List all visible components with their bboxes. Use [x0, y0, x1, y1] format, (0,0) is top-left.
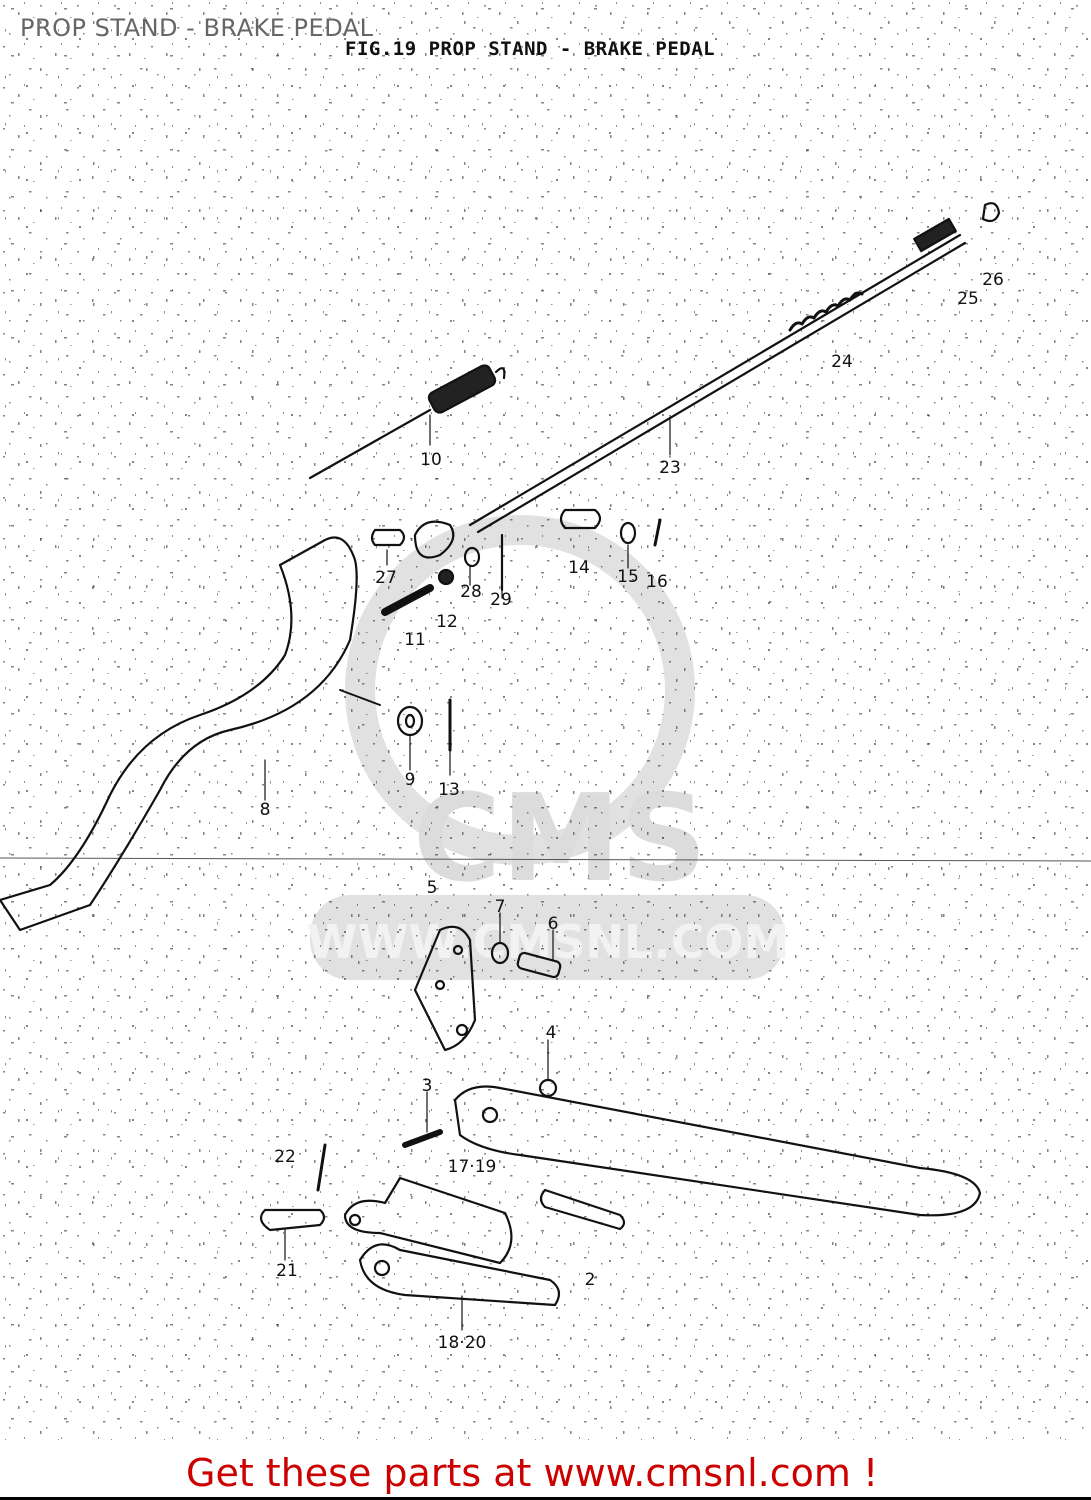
- callout-9: 9: [405, 770, 416, 790]
- figure-title: FIG.19 PROP STAND - BRAKE PEDAL: [345, 38, 715, 60]
- callout-6: 6: [548, 914, 559, 934]
- callout-13: 13: [438, 780, 460, 800]
- part-12-nut: [439, 570, 453, 584]
- callout-26: 26: [982, 270, 1004, 290]
- callout-14: 14: [568, 558, 590, 578]
- parts-diagram: CMS WWW.CMSNL.COM: [0, 0, 1091, 1500]
- callout-16: 16: [646, 572, 668, 592]
- callout-10: 10: [420, 450, 442, 470]
- callout-17-19: 17·19: [448, 1157, 497, 1177]
- callout-24: 24: [831, 352, 853, 372]
- callout-21: 21: [276, 1261, 298, 1281]
- callout-23: 23: [659, 458, 681, 478]
- callout-27: 27: [375, 568, 397, 588]
- page-title: PROP STAND - BRAKE PEDAL: [20, 14, 374, 42]
- callout-28: 28: [460, 582, 482, 602]
- callout-4: 4: [546, 1023, 557, 1043]
- callout-15: 15: [617, 567, 639, 587]
- callout-8: 8: [260, 800, 271, 820]
- get-parts-link[interactable]: Get these parts at www.cmsnl.com !: [186, 1451, 878, 1495]
- callout-11: 11: [404, 630, 426, 650]
- diagram-drawing: CMS WWW.CMSNL.COM: [0, 0, 1091, 1500]
- callout-7: 7: [495, 897, 506, 917]
- callout-5: 5: [427, 878, 438, 898]
- callout-22: 22: [274, 1147, 296, 1167]
- callout-3: 3: [422, 1076, 433, 1096]
- callout-12: 12: [436, 612, 458, 632]
- callout-2: 2: [585, 1270, 596, 1290]
- callout-25: 25: [957, 289, 979, 309]
- callout-29: 29: [490, 590, 512, 610]
- callout-18-20: 18·20: [438, 1333, 487, 1353]
